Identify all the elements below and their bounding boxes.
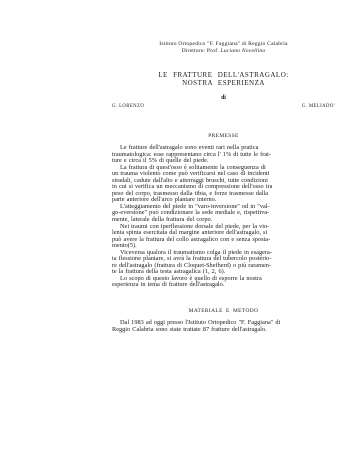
byline: di [112,95,335,101]
institute-director: Direttore: Prof. Luciano Novellino [112,48,335,55]
institute-header: Istituto Ortopedico "F. Faggiana" di Reg… [112,41,335,54]
institute-name: Istituto Ortopedico "F. Faggiana" di Reg… [112,41,335,48]
article-title-line1: LE FRATTURE DELL'ASTRAGALO: [112,71,335,79]
paragraph: L'atteggiamento del piede in "varo-inver… [112,204,335,224]
article-title: LE FRATTURE DELL'ASTRAGALO: NOSTRA ESPER… [112,71,335,88]
paragraph: Dal 1983 ad oggi presso l'Istituto Ortop… [112,320,335,333]
author-right: G. MELIADO' [302,104,335,109]
paragraph: Lo scopo di questo lavoro è quello di es… [112,276,335,289]
section-heading-materiale-e-metodo: MATERIALE E METODO [112,308,335,314]
paragraph: Nei traumi con iperflessione dorsale del… [112,224,335,250]
section-premesse-body: Le fratture dell'astragalo sono eventi r… [112,145,335,289]
paragraph: Le fratture dell'astragalo sono eventi r… [112,145,335,165]
paragraph: Viceversa qualora il traumatismo colga i… [112,250,335,276]
article-title-line2: NOSTRA ESPERIENZA [112,79,335,87]
document-page: Istituto Ortopedico "F. Faggiana" di Reg… [0,0,360,466]
paragraph: La frattura di quest'osso è solitamente … [112,165,335,204]
section-materiale-body: Dal 1983 ad oggi presso l'Istituto Ortop… [112,320,335,333]
director-name: Luciano Novellino [221,48,266,54]
director-label: Direttore: Prof. [182,48,221,54]
author-left: G. LORENZO [112,104,144,109]
section-heading-premesse: PREMESSE [112,133,335,139]
authors-row: G. LORENZO G. MELIADO' [112,104,335,109]
